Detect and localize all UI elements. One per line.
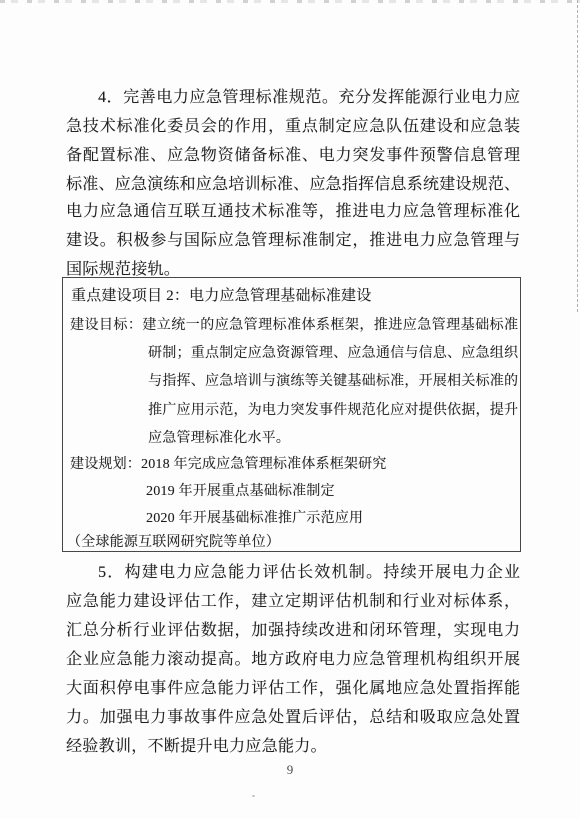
project-box-line: 建设规划：2018 年完成应急管理标准体系框架研究 <box>70 456 387 473</box>
project-box-line: 应急管理标准化水平。 <box>148 430 290 447</box>
scan-noise-top <box>0 0 580 3</box>
paragraph-line: 标准、应急演练和应急培训标准、应急指挥信息系统建设规范、 <box>66 175 520 194</box>
paragraph-line: 汇总分析行业评估数据，加强持续改进和闭环管理，实现电力 <box>66 621 520 640</box>
project-box-unit: （全球能源互联网研究院等单位） <box>67 534 280 551</box>
project-box-title: 重点建设项目 2：电力应急管理基础标准建设 <box>71 288 371 305</box>
paragraph-line: 备配置标准、应急物资储备标准、电力突发事件预警信息管理 <box>66 146 520 165</box>
project-box-line: 推广应用示范，为电力突发事件规范化应对提供依据，提升 <box>148 402 518 419</box>
document-page: 4．完善电力应急管理标准规范。充分发挥能源行业电力应 急技术标准化委员会的作用，… <box>0 0 580 819</box>
paragraph-line: 4．完善电力应急管理标准规范。充分发挥能源行业电力应 <box>98 88 520 107</box>
project-box-line: 2019 年开展重点基础标准制定 <box>146 483 335 500</box>
paragraph-line: 应急能力建设评估工作，建立定期评估机制和行业对标体系， <box>66 592 520 611</box>
paragraph-line: 急技术标准化委员会的作用，重点制定应急队伍建设和应急装 <box>66 117 520 136</box>
paragraph-line: 大面积停电事件应急能力评估工作，强化属地应急处置指挥能 <box>66 679 520 698</box>
paragraph-line: 5．构建电力应急能力评估长效机制。持续开展电力企业 <box>98 563 520 582</box>
scan-edge-right <box>577 0 578 312</box>
paragraph-line: 经验教训，不断提升电力应急能力。 <box>66 737 327 756</box>
project-box-line: 建设目标：建立统一的应急管理标准体系框架，推进应急管理基础标准 <box>70 317 518 334</box>
page-number: 9 <box>0 762 580 778</box>
project-box: 重点建设项目 2：电力应急管理基础标准建设 建设目标：建立统一的应急管理标准体系… <box>62 277 521 552</box>
paragraph-line: 力。加强电力事故事件应急处置后评估，总结和吸取应急处置 <box>66 708 520 727</box>
paragraph-line: 建设。积极参与国际应急管理标准制定，推进电力应急管理与 <box>66 231 520 250</box>
project-box-line: 2020 年开展基础标准推广示范应用 <box>146 510 363 527</box>
project-box-line: 与指挥、应急培训与演练等关键基础标准，开展相关标准的 <box>148 373 518 390</box>
paragraph-line: 电力应急通信互联互通技术标准等，推进电力应急管理标准化 <box>66 202 520 221</box>
project-box-line: 研制；重点制定应急资源管理、应急通信与信息、应急组织 <box>148 345 518 362</box>
scan-speck <box>252 795 255 797</box>
paragraph-line: 企业应急能力滚动提高。地方政府电力应急管理机构组织开展 <box>66 650 520 669</box>
